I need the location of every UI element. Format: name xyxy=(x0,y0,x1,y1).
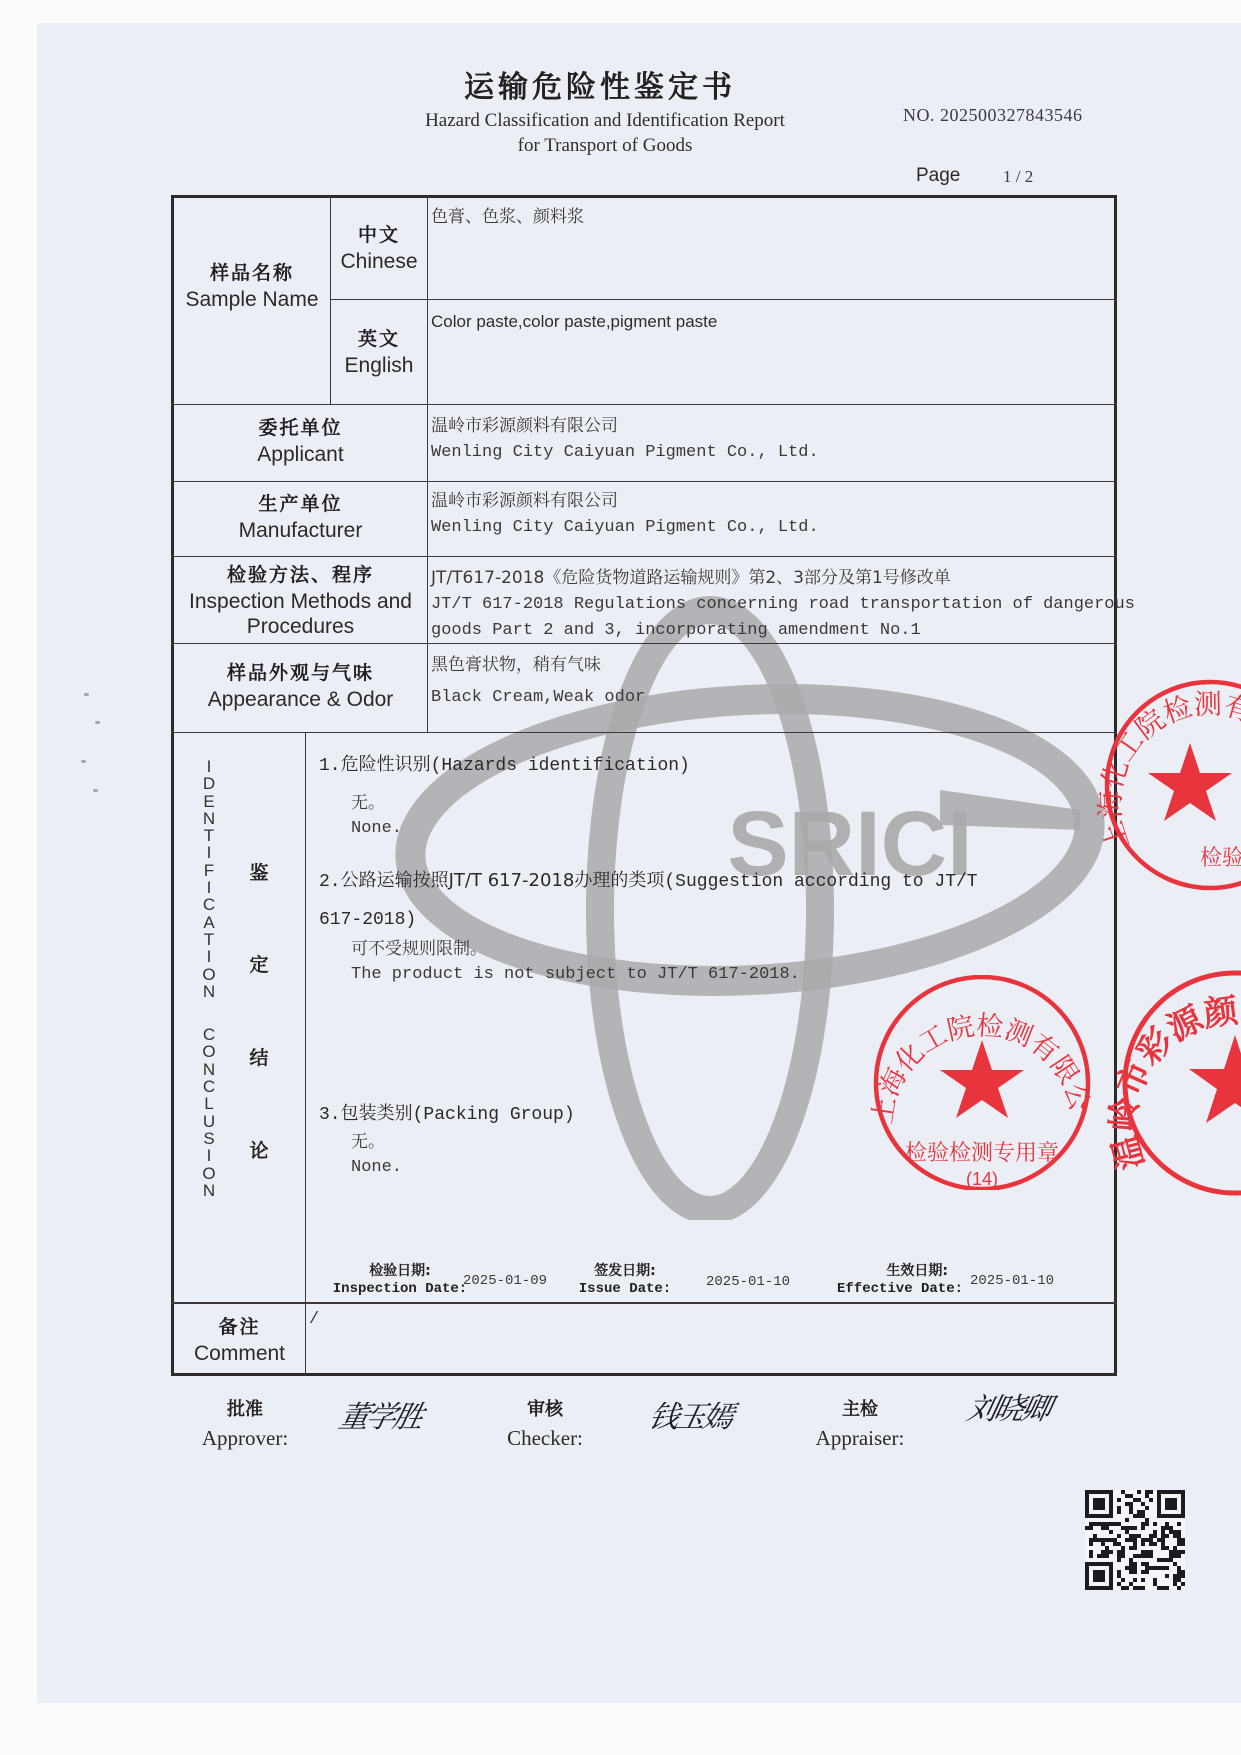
divider xyxy=(171,556,1117,557)
appraiser-label: 主检 Appraiser: xyxy=(800,1396,920,1452)
answer-cn: 可不受规则限制。 xyxy=(351,936,800,962)
item-heading-cn: 危险性识别 xyxy=(341,754,431,775)
answer-cn: 无。 xyxy=(351,1129,402,1155)
manufacturer-name-cn: 温岭市彩源颜料有限公司 xyxy=(431,488,819,514)
conclusion-vertical-char: 结 xyxy=(244,1043,274,1070)
appearance-label: 样品外观与气味 Appearance & Odor xyxy=(174,659,427,712)
vertical-letter: N xyxy=(199,810,219,827)
effective-date-label-en: Effective Date: xyxy=(837,1281,963,1297)
vertical-letter: N xyxy=(199,983,219,1000)
inspection-methods-label: 检验方法、程序 Inspection Methods and Procedure… xyxy=(174,561,427,639)
appearance-label-cn: 样品外观与气味 xyxy=(174,659,427,687)
report-table xyxy=(171,195,1117,1376)
vertical-letter: D xyxy=(199,775,219,792)
checker-label-en: Checker: xyxy=(490,1424,600,1452)
vertical-letter: C xyxy=(199,896,219,913)
item-heading-cn: 包装类别 xyxy=(341,1103,413,1124)
chinese-label: 中文 Chinese xyxy=(331,221,427,274)
divider xyxy=(305,732,306,1376)
applicant-name-cn: 温岭市彩源颜料有限公司 xyxy=(431,413,819,439)
scan-speck xyxy=(81,760,86,763)
conclusion-vertical-char: 论 xyxy=(244,1136,274,1163)
checker-label-cn: 审核 xyxy=(490,1396,600,1424)
item-heading-en: (Hazards identification) xyxy=(431,756,690,776)
issue-date-label-en: Issue Date: xyxy=(579,1281,671,1297)
page-label: Page xyxy=(916,165,960,187)
vertical-letter: F xyxy=(199,862,219,879)
inspection-method-en2: goods Part 2 and 3, incorporating amendm… xyxy=(431,618,1135,644)
vertical-letter: T xyxy=(199,931,219,948)
appraiser-signature: 刘晓卿 xyxy=(963,1384,1053,1428)
inspection-methods-label-en2: Procedures xyxy=(174,614,427,639)
manufacturer-label-cn: 生产单位 xyxy=(174,490,427,518)
english-label: 英文 English xyxy=(331,325,427,378)
vertical-letter: N xyxy=(199,1182,219,1199)
comment-label-cn: 备注 xyxy=(174,1313,305,1341)
inspection-date-label: 检验日期: Inspection Date: xyxy=(325,1262,475,1298)
chinese-label-cn: 中文 xyxy=(331,221,427,249)
qr-code-icon xyxy=(1085,1490,1185,1590)
manufacturer-value: 温岭市彩源颜料有限公司 Wenling City Caiyuan Pigment… xyxy=(431,488,819,541)
page-number: 1 / 2 xyxy=(1003,167,1033,187)
scan-speck xyxy=(95,721,100,724)
transport-suggestion-heading: 2.公路运输按照JT/T 617-2018办理的类项(Suggestion ac… xyxy=(319,862,1039,939)
item-heading-cn: 公路运输按照JT/T 617-2018办理的类项 xyxy=(341,870,665,891)
manufacturer-name-en: Wenling City Caiyuan Pigment Co., Ltd. xyxy=(431,514,819,541)
appearance-cn: 黑色膏状物，稍有气味 xyxy=(431,652,645,678)
vertical-letter: S xyxy=(199,1130,219,1147)
vertical-letter: E xyxy=(199,793,219,810)
vertical-letter: T xyxy=(199,827,219,844)
identification-conclusion-vertical-label: IDENTIFICATION CONCLUSION xyxy=(199,758,219,1199)
answer-en: None. xyxy=(351,816,402,842)
applicant-label-cn: 委托单位 xyxy=(174,414,427,442)
vertical-letter xyxy=(199,1000,219,1026)
scan-speck xyxy=(93,789,98,792)
approver-signature: 董学胜 xyxy=(335,1392,425,1436)
answer-en: None. xyxy=(351,1155,402,1181)
sample-name-en-text: Color paste,color paste,pigment paste xyxy=(431,312,717,332)
sample-name-chinese-value: 色膏、色浆、颜料浆 xyxy=(431,204,584,230)
divider xyxy=(427,195,428,732)
appraiser-label-cn: 主检 xyxy=(800,1396,920,1424)
sample-name-label-en: Sample Name xyxy=(174,287,330,312)
approver-label-cn: 批准 xyxy=(190,1396,300,1424)
comment-text: / xyxy=(309,1306,319,1333)
conclusion-vertical-char: 鉴 xyxy=(244,858,274,885)
vertical-letter: I xyxy=(199,844,219,861)
sample-name-cn-text: 色膏、色浆、颜料浆 xyxy=(431,204,584,230)
vertical-letter: C xyxy=(199,1026,219,1043)
applicant-label-en: Applicant xyxy=(174,442,427,467)
effective-date-label: 生效日期: Effective Date: xyxy=(830,1262,970,1298)
item-number: 2. xyxy=(319,872,341,892)
hazards-identification-heading: 1.危险性识别(Hazards identification) xyxy=(319,750,690,776)
vertical-letter: N xyxy=(199,1061,219,1078)
report-title-en: Hazard Classification and Identification… xyxy=(380,108,830,158)
vertical-letter: I xyxy=(199,879,219,896)
approver-label: 批准 Approver: xyxy=(190,1396,300,1452)
checker-signature: 钱玉嫣 xyxy=(645,1392,735,1436)
english-label-en: English xyxy=(331,353,427,378)
appearance-label-en: Appearance & Odor xyxy=(174,687,427,712)
inspection-date-value: 2025-01-09 xyxy=(463,1273,547,1289)
vertical-letter: I xyxy=(199,948,219,965)
vertical-letter: I xyxy=(199,758,219,775)
inspection-date-label-en: Inspection Date: xyxy=(333,1281,467,1297)
chinese-label-en: Chinese xyxy=(331,249,427,274)
inspection-method-cn: JT/T617-2018《危险货物道路运输规则》第2、3部分及第1号修改单 xyxy=(431,565,1135,591)
comment-label: 备注 Comment xyxy=(174,1313,305,1366)
vertical-letter: O xyxy=(199,966,219,983)
answer-cn: 无。 xyxy=(351,790,402,816)
comment-value: / xyxy=(309,1306,319,1333)
issue-date-value: 2025-01-10 xyxy=(706,1274,790,1290)
issue-date-label: 签发日期: Issue Date: xyxy=(570,1262,680,1298)
inspection-date-label-cn: 检验日期: xyxy=(325,1262,475,1280)
appraiser-label-en: Appraiser: xyxy=(800,1424,920,1452)
divider xyxy=(330,299,1117,300)
sample-name-label-cn: 样品名称 xyxy=(174,259,330,287)
effective-date-value: 2025-01-10 xyxy=(970,1273,1054,1289)
vertical-letter: I xyxy=(199,1147,219,1164)
vertical-letter: O xyxy=(199,1043,219,1060)
applicant-value: 温岭市彩源颜料有限公司 Wenling City Caiyuan Pigment… xyxy=(431,413,819,466)
sample-name-english-value: Color paste,color paste,pigment paste xyxy=(431,312,717,332)
item-heading-en: (Packing Group) xyxy=(413,1105,575,1125)
item-heading-en-cont: 617-2018) xyxy=(319,910,416,930)
vertical-letter: C xyxy=(199,1078,219,1095)
inspection-methods-label-en1: Inspection Methods and xyxy=(174,589,427,614)
approver-label-en: Approver: xyxy=(190,1424,300,1452)
title-en-line1: Hazard Classification and Identification… xyxy=(380,108,830,133)
item-number: 1. xyxy=(319,756,341,776)
divider xyxy=(171,481,1117,482)
report-number: NO. 202500327843546 xyxy=(903,105,1083,126)
vertical-letter: A xyxy=(199,914,219,931)
vertical-letter: U xyxy=(199,1113,219,1130)
manufacturer-label-en: Manufacturer xyxy=(174,518,427,543)
appearance-value: 黑色膏状物，稍有气味 Black Cream,Weak odor xyxy=(431,652,645,711)
inspection-method-en1: JT/T 617-2018 Regulations concerning roa… xyxy=(431,591,1135,618)
sample-name-label: 样品名称 Sample Name xyxy=(174,259,330,312)
hazards-identification-answer: 无。 None. xyxy=(351,790,402,842)
applicant-label: 委托单位 Applicant xyxy=(174,414,427,467)
issue-date-label-cn: 签发日期: xyxy=(570,1262,680,1280)
title-en-line2: for Transport of Goods xyxy=(380,133,830,158)
transport-suggestion-answer: 可不受规则限制。 The product is not subject to J… xyxy=(351,936,800,988)
packing-group-answer: 无。 None. xyxy=(351,1129,402,1181)
appearance-en: Black Cream,Weak odor xyxy=(431,684,645,711)
comment-label-en: Comment xyxy=(174,1341,305,1366)
manufacturer-label: 生产单位 Manufacturer xyxy=(174,490,427,543)
effective-date-label-cn: 生效日期: xyxy=(830,1262,970,1280)
vertical-letter: L xyxy=(199,1095,219,1112)
item-heading-en: (Suggestion according to JT/T xyxy=(664,872,977,892)
vertical-letter: O xyxy=(199,1165,219,1182)
conclusion-vertical-char: 定 xyxy=(244,950,274,977)
divider xyxy=(171,732,1117,733)
english-label-cn: 英文 xyxy=(331,325,427,353)
item-number: 3. xyxy=(319,1105,341,1125)
inspection-methods-value: JT/T617-2018《危险货物道路运输规则》第2、3部分及第1号修改单 JT… xyxy=(431,565,1135,644)
scan-speck xyxy=(84,693,89,696)
packing-group-heading: 3.包装类别(Packing Group) xyxy=(319,1099,575,1125)
report-title-cn: 运输危险性鉴定书 xyxy=(0,62,1200,106)
answer-en: The product is not subject to JT/T 617-2… xyxy=(351,962,800,988)
divider xyxy=(171,1302,1117,1304)
inspection-methods-label-cn: 检验方法、程序 xyxy=(174,561,427,589)
divider xyxy=(171,404,1117,405)
checker-label: 审核 Checker: xyxy=(490,1396,600,1452)
applicant-name-en: Wenling City Caiyuan Pigment Co., Ltd. xyxy=(431,439,819,466)
